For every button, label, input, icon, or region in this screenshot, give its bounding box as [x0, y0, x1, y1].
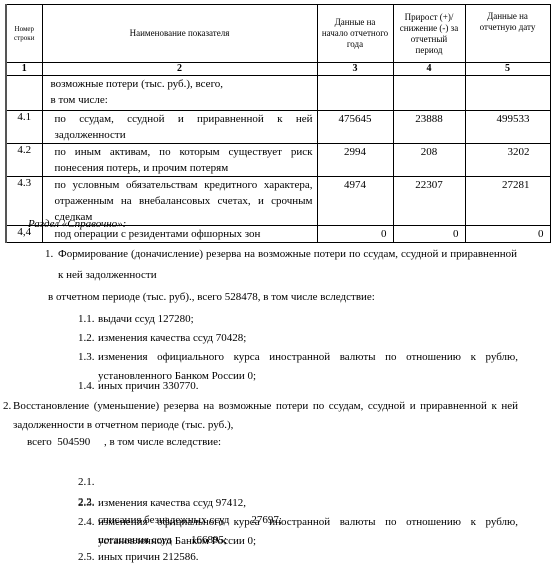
section-2-text: Восстановление (уменьшение) резерва на в…: [13, 397, 518, 435]
row-end-value: 3202: [465, 144, 550, 177]
section-2-item: 2.5. иных причин 212586.: [78, 548, 518, 567]
item-marker: 1.2.: [78, 329, 95, 348]
row-indicator-line: в том числе:: [51, 92, 313, 108]
section-1-item: 1.4. иных причин 330770.: [78, 377, 518, 396]
item-text: изменения качества ссуд 70428;: [98, 329, 518, 348]
section-1-total: в отчетном периоде (тыс. руб)., всего 52…: [48, 291, 375, 303]
row-indicator: по иным активам, по которым существует р…: [42, 144, 317, 177]
header-indicator-name: Наименование показателя: [42, 5, 317, 63]
row-end-value: 27281: [465, 177, 550, 226]
row-number: 4.1: [6, 111, 42, 144]
section-2-total: всего 504590 , в том числе вследствие:: [27, 436, 221, 448]
row-number: 4.2: [6, 144, 42, 177]
item-marker: 1.1.: [78, 310, 95, 329]
column-number: 2: [42, 63, 317, 76]
column-number: 3: [317, 63, 393, 76]
reference-section-title: Раздел «Справочно»:: [28, 218, 126, 230]
table-row: 4.1 по ссудам, ссудной и приравненной к …: [6, 111, 550, 144]
item-marker: 2.5.: [78, 548, 95, 567]
row-indicator: возможные потери (тыс. руб.), всего, в т…: [42, 76, 317, 111]
row-start-value: 4974: [317, 177, 393, 226]
column-number: 5: [465, 63, 550, 76]
section-2-item: 2.4. изменения официального курса иностр…: [78, 513, 518, 551]
column-number: 1: [6, 63, 42, 76]
section-1-text: Формирование (доначисление) резерва на в…: [58, 244, 517, 286]
item-marker: 2.3.: [78, 494, 95, 513]
column-number-row: 1 2 3 4 5: [6, 63, 550, 76]
loss-reserve-table: Номер строки Наименование показателя Дан…: [5, 4, 551, 243]
item-marker: 1.4.: [78, 377, 95, 396]
row-start-value: 2994: [317, 144, 393, 177]
column-number: 4: [393, 63, 465, 76]
item-marker: 1.3.: [78, 348, 95, 367]
table-row: 4.2 по иным активам, по которым существу…: [6, 144, 550, 177]
item-text: изменения качества ссуд 97412,: [98, 494, 518, 513]
section-1-item: 1.2. изменения качества ссуд 70428;: [78, 329, 518, 348]
row-indicator-line: возможные потери (тыс. руб.), всего,: [51, 76, 313, 92]
row-change-value: 23888: [393, 111, 465, 144]
item-text: изменения официального курса иностранной…: [98, 513, 518, 551]
table-row: возможные потери (тыс. руб.), всего, в т…: [6, 76, 550, 111]
header-change: Прирост (+)/ снижение (-) за отчетный пе…: [393, 5, 465, 63]
row-start-value: 475645: [317, 111, 393, 144]
section-1-paragraph: 1. Формирование (доначисление) резерва н…: [45, 244, 517, 286]
header-row-number: Номер строки: [6, 5, 42, 63]
row-change-value: 208: [393, 144, 465, 177]
row-end-value: [465, 76, 550, 111]
item-text: иных причин 330770.: [98, 377, 518, 396]
row-start-value: 0: [317, 226, 393, 243]
item-text: выдачи ссуд 127280;: [98, 310, 518, 329]
row-start-value: [317, 76, 393, 111]
item-text: иных причин 212586.: [98, 548, 518, 567]
row-indicator: по ссудам, ссудной и приравненной к ней …: [42, 111, 317, 144]
section-2-item: 2.3. изменения качества ссуд 97412,: [78, 494, 518, 513]
section-1-marker: 1.: [45, 244, 53, 265]
section-2-paragraph: 2. Восстановление (уменьшение) резерва н…: [3, 397, 518, 435]
header-start-of-year: Данные на начало отчетного года: [317, 5, 393, 63]
row-end-value: 0: [465, 226, 550, 243]
row-end-value: 499533: [465, 111, 550, 144]
row-change-value: [393, 76, 465, 111]
row-change-value: 22307: [393, 177, 465, 226]
row-change-value: 0: [393, 226, 465, 243]
item-marker: 2.4.: [78, 513, 95, 532]
header-reporting-date: Данные на отчетную дату: [465, 5, 550, 63]
table-header-row: Номер строки Наименование показателя Дан…: [6, 5, 550, 63]
section-1-item: 1.1. выдачи ссуд 127280;: [78, 310, 518, 329]
section-2-marker: 2.: [3, 397, 11, 416]
row-number: [6, 76, 42, 111]
